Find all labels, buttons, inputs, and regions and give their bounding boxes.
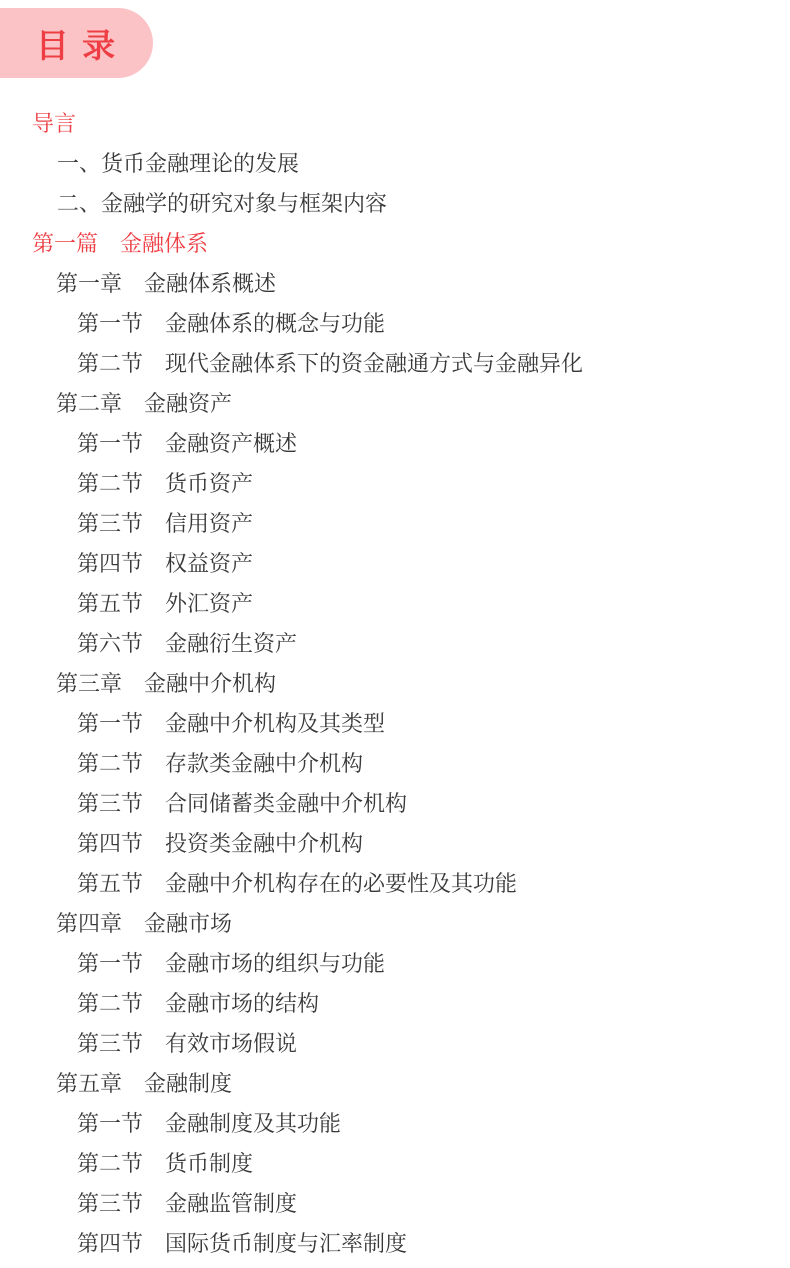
toc-item-chapter[interactable]: 第一章 金融体系概述 — [0, 264, 790, 304]
toc-item-part[interactable]: 导言 — [0, 104, 790, 144]
toc-item-chapter[interactable]: 第五章 金融制度 — [0, 1064, 790, 1104]
toc-item-section[interactable]: 第三节 信用资产 — [0, 504, 790, 544]
toc-item-section[interactable]: 第二节 金融市场的结构 — [0, 984, 790, 1024]
toc-list: 导言一、货币金融理论的发展二、金融学的研究对象与框架内容第一篇 金融体系第一章 … — [0, 104, 790, 1264]
toc-item-part[interactable]: 第一篇 金融体系 — [0, 224, 790, 264]
toc-item-chapter[interactable]: 第四章 金融市场 — [0, 904, 790, 944]
toc-item-section[interactable]: 第六节 金融衍生资产 — [0, 624, 790, 664]
toc-item-section[interactable]: 第五节 外汇资产 — [0, 584, 790, 624]
toc-item-intro[interactable]: 二、金融学的研究对象与框架内容 — [0, 184, 790, 224]
toc-item-section[interactable]: 第四节 国际货币制度与汇率制度 — [0, 1224, 790, 1264]
toc-title-badge: 目 录 — [0, 8, 153, 78]
toc-item-chapter[interactable]: 第二章 金融资产 — [0, 384, 790, 424]
toc-item-section[interactable]: 第一节 金融资产概述 — [0, 424, 790, 464]
toc-item-section[interactable]: 第二节 货币制度 — [0, 1144, 790, 1184]
toc-item-section[interactable]: 第四节 投资类金融中介机构 — [0, 824, 790, 864]
toc-item-section[interactable]: 第三节 合同储蓄类金融中介机构 — [0, 784, 790, 824]
toc-item-section[interactable]: 第五节 金融中介机构存在的必要性及其功能 — [0, 864, 790, 904]
toc-title: 目 录 — [36, 20, 117, 67]
toc-item-section[interactable]: 第一节 金融中介机构及其类型 — [0, 704, 790, 744]
toc-item-section[interactable]: 第三节 有效市场假说 — [0, 1024, 790, 1064]
toc-item-section[interactable]: 第二节 货币资产 — [0, 464, 790, 504]
toc-item-section[interactable]: 第一节 金融市场的组织与功能 — [0, 944, 790, 984]
toc-item-section[interactable]: 第二节 现代金融体系下的资金融通方式与金融异化 — [0, 344, 790, 384]
toc-page: 目 录 导言一、货币金融理论的发展二、金融学的研究对象与框架内容第一篇 金融体系… — [0, 0, 790, 1268]
toc-item-section[interactable]: 第三节 金融监管制度 — [0, 1184, 790, 1224]
toc-item-section[interactable]: 第一节 金融体系的概念与功能 — [0, 304, 790, 344]
toc-item-section[interactable]: 第二节 存款类金融中介机构 — [0, 744, 790, 784]
toc-item-intro[interactable]: 一、货币金融理论的发展 — [0, 144, 790, 184]
toc-item-section[interactable]: 第一节 金融制度及其功能 — [0, 1104, 790, 1144]
toc-item-section[interactable]: 第四节 权益资产 — [0, 544, 790, 584]
toc-item-chapter[interactable]: 第三章 金融中介机构 — [0, 664, 790, 704]
